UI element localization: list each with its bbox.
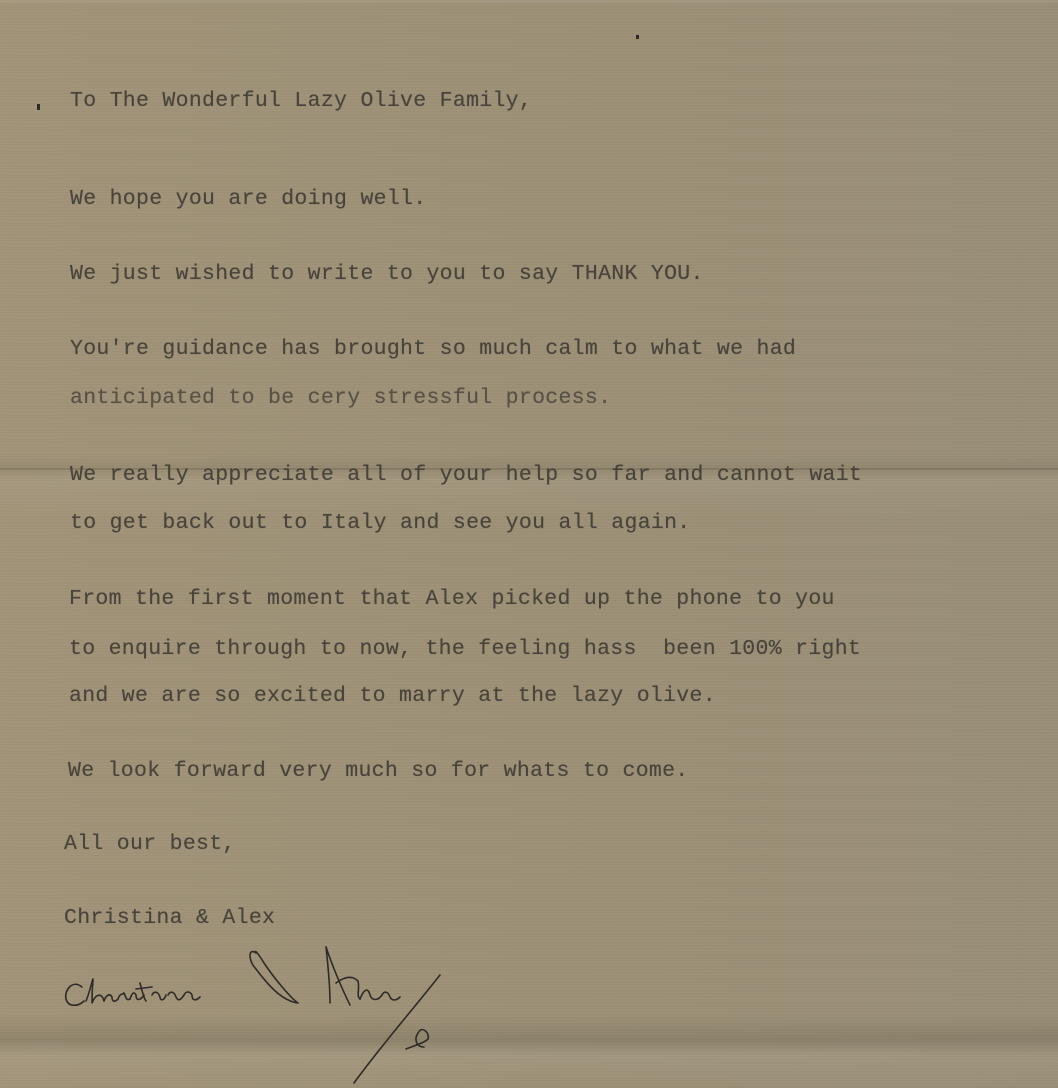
paragraph-5-line-1: From the first moment that Alex picked u…: [69, 587, 835, 611]
closing: All our best,: [64, 832, 236, 856]
letter-paper: To The Wonderful Lazy Olive Family, We h…: [0, 0, 1058, 1088]
paragraph-3-line-2: anticipated to be cery stressful process…: [70, 386, 611, 410]
paragraph-3-line-1: You're guidance has brought so much calm…: [70, 337, 796, 361]
paragraph-4-line-1: We really appreciate all of your help so…: [70, 463, 862, 487]
paragraph-2-line-1: We just wished to write to you to say TH…: [70, 262, 704, 286]
typed-signature: Christina & Alex: [64, 906, 275, 930]
paragraph-1-line-1: We hope you are doing well.: [70, 187, 426, 211]
paragraph-4-line-2: to get back out to Italy and see you all…: [70, 511, 691, 535]
paragraph-5-line-2: to enquire through to now, the feeling h…: [69, 637, 861, 661]
salutation: To The Wonderful Lazy Olive Family,: [70, 89, 532, 113]
stray-comma-mark: [37, 104, 40, 110]
stray-ink-mark: [636, 35, 639, 39]
paragraph-6-line-1: We look forward very much so for whats t…: [68, 759, 689, 783]
paragraph-5-line-3: and we are so excited to marry at the la…: [69, 684, 716, 708]
handwritten-signature: [60, 935, 500, 1085]
